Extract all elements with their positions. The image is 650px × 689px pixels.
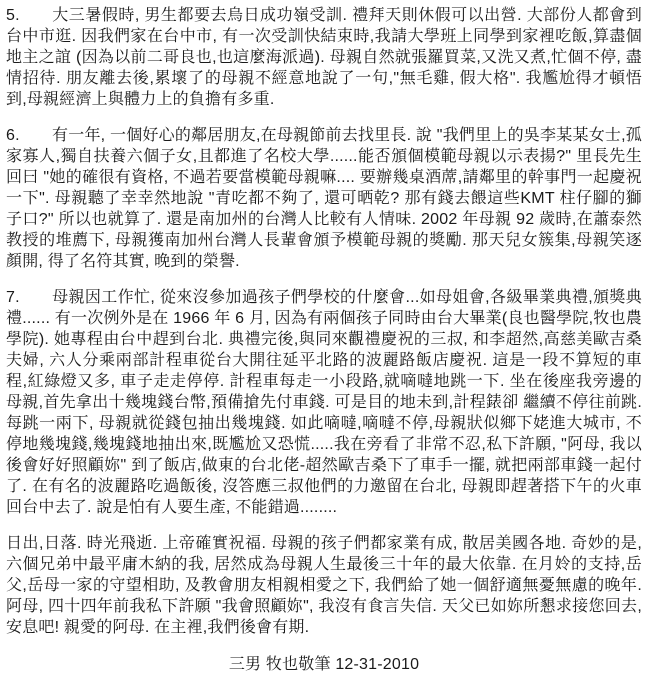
paragraph-7-number: 7. [6,287,52,308]
signature-line: 三男 牧也敬筆 12-31-2010 [6,654,642,675]
paragraph-5: 5.大三暑假時, 男生都要去烏日成功嶺受訓. 禮拜天則休假可以出營. 大部份人都… [6,5,642,110]
paragraph-7-text: 母親因工作忙, 從來沒參加過孩子們學校的什麼會...如母姐會,各級畢業典禮,頒獎… [6,289,642,516]
paragraph-5-text: 大三暑假時, 男生都要去烏日成功嶺受訓. 禮拜天則休假可以出營. 大部份人都會到… [6,7,642,108]
paragraph-6-number: 6. [6,125,52,146]
closing-paragraph: 日出,日落. 時光飛逝. 上帝確實祝福. 母親的孩子們都家業有成, 散居美國各地… [6,533,642,638]
paragraph-5-number: 5. [6,5,52,26]
paragraph-6-text: 有一年, 一個好心的鄰居朋友,在母親節前去找里長. 說 "我們里上的吳李某某女士… [6,127,642,270]
document-page: 5.大三暑假時, 男生都要去烏日成功嶺受訓. 禮拜天則休假可以出營. 大部份人都… [0,0,650,689]
paragraph-6: 6.有一年, 一個好心的鄰居朋友,在母親節前去找里長. 說 "我們里上的吳李某某… [6,125,642,272]
paragraph-7: 7.母親因工作忙, 從來沒參加過孩子們學校的什麼會...如母姐會,各級畢業典禮,… [6,287,642,518]
closing-paragraph-text: 日出,日落. 時光飛逝. 上帝確實祝福. 母親的孩子們都家業有成, 散居美國各地… [6,535,642,636]
